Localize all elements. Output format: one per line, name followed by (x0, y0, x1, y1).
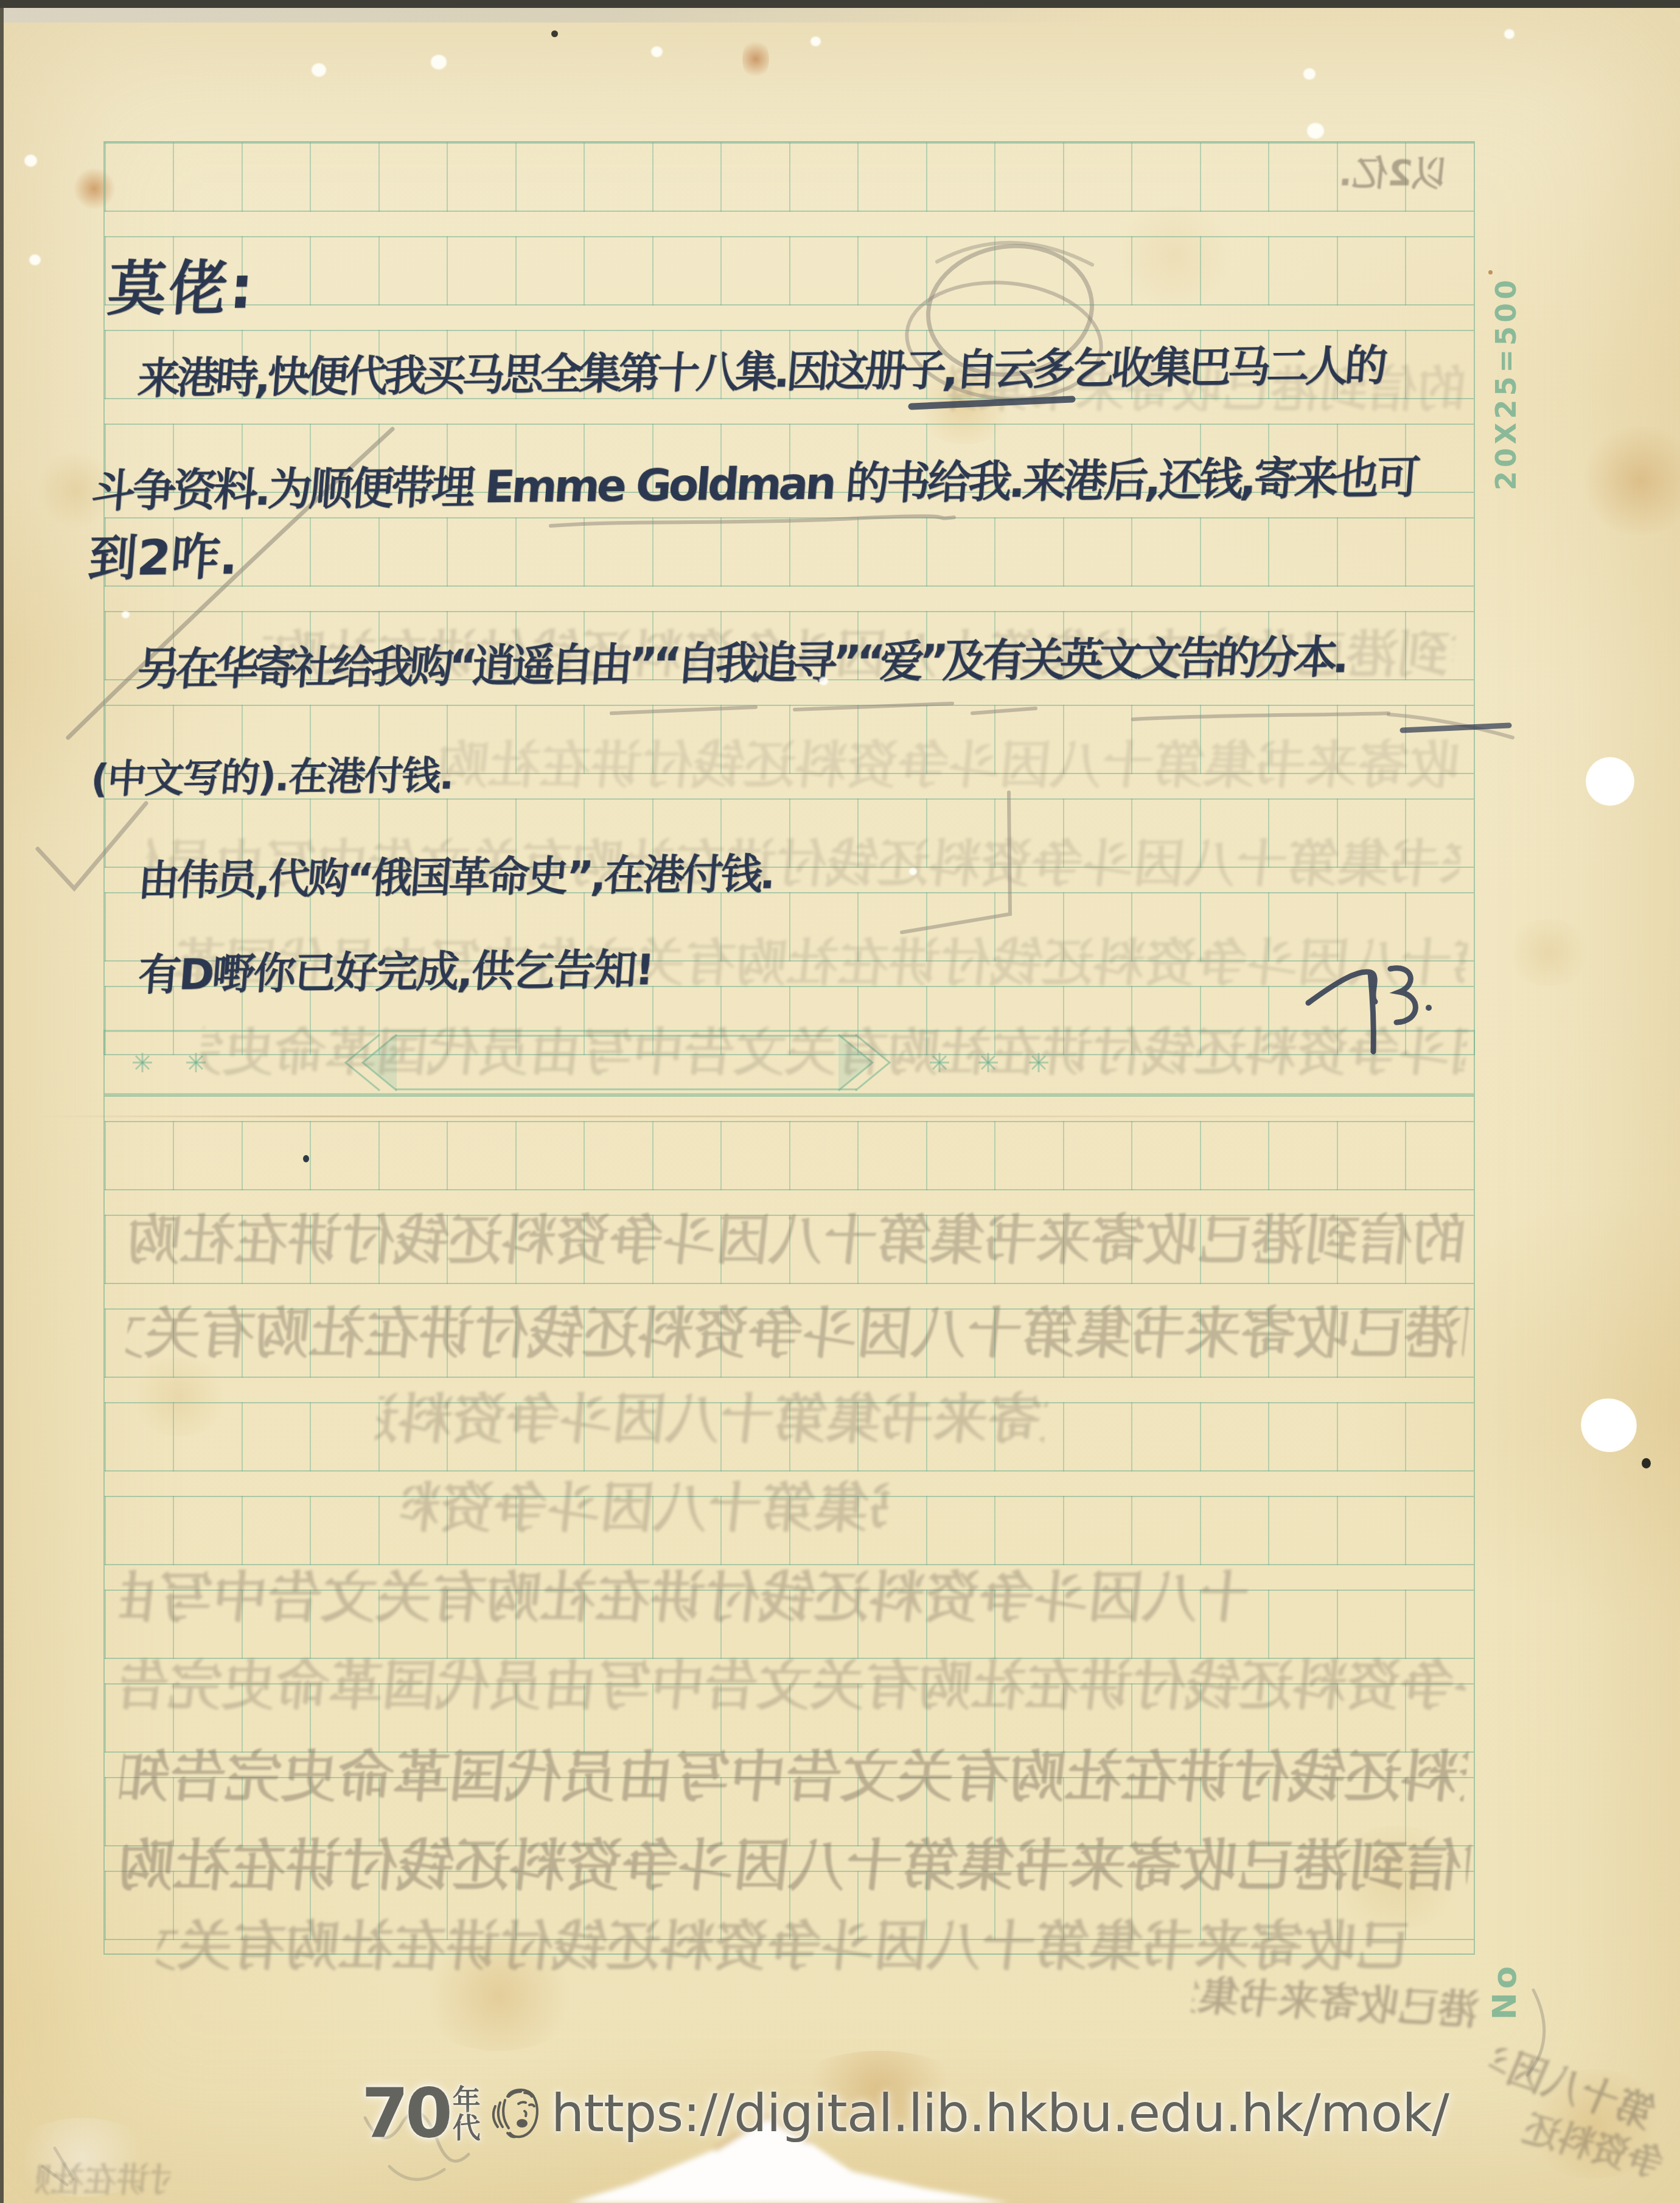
handwritten-line: 有D嘢你已好完成,供乞告知! (136, 936, 655, 1003)
bleedthrough-line: 的信到港已收寄来书集第十八因斗争资料还钱付讲在社购有关文告中写由员代国革命史完告… (197, 1011, 1471, 1085)
grid-row (105, 236, 1474, 305)
letter-page: 20X25=500 No 以2亿. 的信到港已收寄来书集第十八因斗争资料还钱付讲… (0, 0, 1680, 2203)
damage-spot (24, 155, 37, 167)
rust-speck (1488, 270, 1493, 274)
damage-spot (122, 611, 130, 618)
sheet-number-label: No (1486, 1943, 1522, 2040)
pencil-scribble (389, 2166, 444, 2179)
punch-hole (1576, 1393, 1642, 1457)
stain (1582, 426, 1680, 536)
damage-spot (909, 868, 917, 875)
damage-spot (819, 677, 828, 685)
bleedthrough-line: 的信到港已收寄来书集第十八因斗争资料还钱付讲在社购有关文告中写由员代国革命史完告… (117, 1643, 1470, 1720)
logo-char-top: 年 (453, 2086, 481, 2114)
ink-speck (1642, 1458, 1651, 1468)
fold-crease (37, 1115, 1479, 1117)
bleedthrough-line: 的信到港已收寄来书集第十八因斗争资料还钱付讲在社购有关文告中写由员代国革命史完告… (117, 1553, 1252, 1632)
handwritten-line: 由伟员,代购“俄国革命史”,在港付钱. (136, 842, 776, 907)
punch-hole (1586, 757, 1634, 806)
bleedthrough-line: 的信到港已收寄来书集第十八因斗争资料还钱付讲在社购有关文告中写由员代国革命史完告… (117, 1821, 1474, 1901)
damage-spot (1303, 68, 1316, 80)
grid-spec-label: 20X25=500 (1488, 253, 1524, 514)
scan-edge-top (0, 0, 1680, 8)
bleedthrough-line: 的信到港已收寄来书集第十八因斗争资料还钱付讲在社购有关文告中写由员代国革命史完告… (124, 1289, 1471, 1368)
watermark: 70 年 代 https://digital.lib.hkbu.edu.hk/m… (361, 2080, 1449, 2147)
letter-salutation: 莫佬: (105, 242, 259, 327)
stain (742, 38, 769, 80)
watermark-logo-number: 70 (361, 2079, 449, 2148)
damage-spot (29, 254, 41, 265)
handwritten-line: (中文写的).在港付钱. (89, 744, 456, 804)
watermark-logo-chars: 年 代 (453, 2086, 481, 2142)
grid-row (105, 517, 1474, 587)
damage-spot (431, 55, 447, 69)
grid-row (105, 1121, 1474, 1190)
handwritten-line: 到2咋. (86, 518, 241, 590)
paper-edge-band (4, 8, 1129, 23)
bleedthrough-line: 的信到港已收寄来书集第十八因斗争资料还钱付讲在社购有关文告中写由员代国革命史完告… (397, 1465, 892, 1542)
scan-edge-left (0, 0, 4, 2203)
bleedthrough-line: 的信到港已收寄来书集第十八因斗争资料还钱付讲在社购有关文告中写由员代国革命史完告… (434, 724, 1465, 798)
bleedthrough-line: 的信到港已收寄来书集第十八因斗争资料还钱付讲在社购有关文告中写由员代国革命史完告… (373, 1377, 1050, 1453)
bleedthrough-note: 以2亿. (1315, 145, 1451, 196)
ink-speck (303, 1155, 309, 1162)
shouting-face-icon (487, 2083, 543, 2144)
damage-spot (1504, 29, 1514, 39)
bleedthrough-note: 的信到港已收寄来书集第十八因斗争资料还钱付讲在社购有关文告中写由员代国革命史完告… (34, 2154, 173, 2201)
damage-spot (312, 63, 326, 77)
damage-spot (1307, 123, 1324, 139)
grid-row (105, 142, 1474, 212)
damage-spot (810, 37, 821, 46)
watermark-url: https://digital.lib.hkbu.edu.hk/mok/ (551, 2083, 1449, 2144)
logo-char-bottom: 代 (453, 2114, 481, 2142)
grid-top-block (103, 141, 1475, 1055)
handwritten-line: 来港時,快便代我买马思全集第十八集.因这册子,自云多乞收集巴马二人的 (136, 332, 1386, 406)
bleedthrough-line: 的信到港已收寄来书集第十八因斗争资料还钱付讲在社购有关文告中写由员代国革命史完告… (124, 1198, 1470, 1274)
ink-speck (551, 30, 558, 37)
handwritten-line: 另在华寄社给我购“逍遥自由”“自我追寻”“爱”及有关英文文告的分本. (134, 622, 1347, 698)
stain (1503, 919, 1594, 986)
damage-spot (651, 46, 663, 57)
bleedthrough-line: 的信到港已收寄来书集第十八因斗争资料还钱付讲在社购有关文告中写由员代国革命史完告… (117, 1732, 1471, 1812)
bleedthrough-note: 的信到港已收寄来书集第十八因斗争资料还钱付讲在社购有关文告中写由员代国革命史完告… (1189, 1963, 1482, 2036)
